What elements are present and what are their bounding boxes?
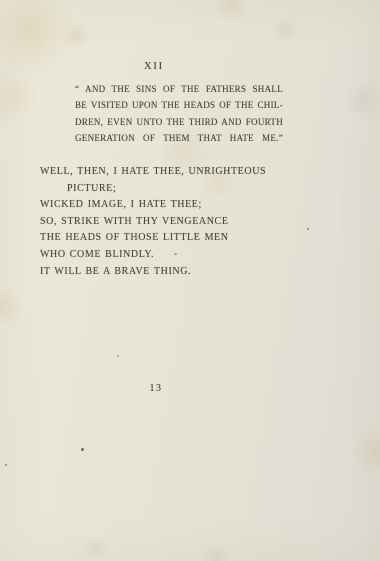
poem: WELL, THEN, I HATE THEE, UNRIGHTEOUS PIC… [40,164,266,280]
page-number: 13 [140,383,172,394]
poem-line: SO, STRIKE WITH THY VENGEANCE [40,214,266,231]
foxing-speck [81,448,84,451]
epigraph: “ AND THE SINS OF THE FATHERS SHALL BE V… [75,81,283,147]
poem-line: WHO COME BLINDLY. [40,247,266,264]
poem-line: WELL, THEN, I HATE THEE, UNRIGHTEOUS [40,164,266,181]
foxing-speck [5,464,7,466]
book-page: XII “ AND THE SINS OF THE FATHERS SHALL … [0,0,380,561]
poem-line: WICKED IMAGE, I HATE THEE; [40,197,266,214]
poem-line: THE HEADS OF THOSE LITTLE MEN [40,230,266,247]
foxing-speck [307,228,309,230]
poem-line: IT WILL BE A BRAVE THING. [40,264,266,281]
poem-line: PICTURE; [40,181,266,198]
epigraph-line: “ AND THE SINS OF THE FATHERS SHALL [75,81,283,97]
foxing-speck [117,355,119,357]
epigraph-line: GENERATION OF THEM THAT HATE ME.” [75,130,283,146]
epigraph-line: DREN, EVEN UNTO THE THIRD AND FOURTH [75,114,283,130]
section-number: XII [144,61,164,72]
epigraph-line: BE VISITED UPON THE HEADS OF THE CHIL- [75,97,283,113]
foxing-speck [174,253,177,255]
